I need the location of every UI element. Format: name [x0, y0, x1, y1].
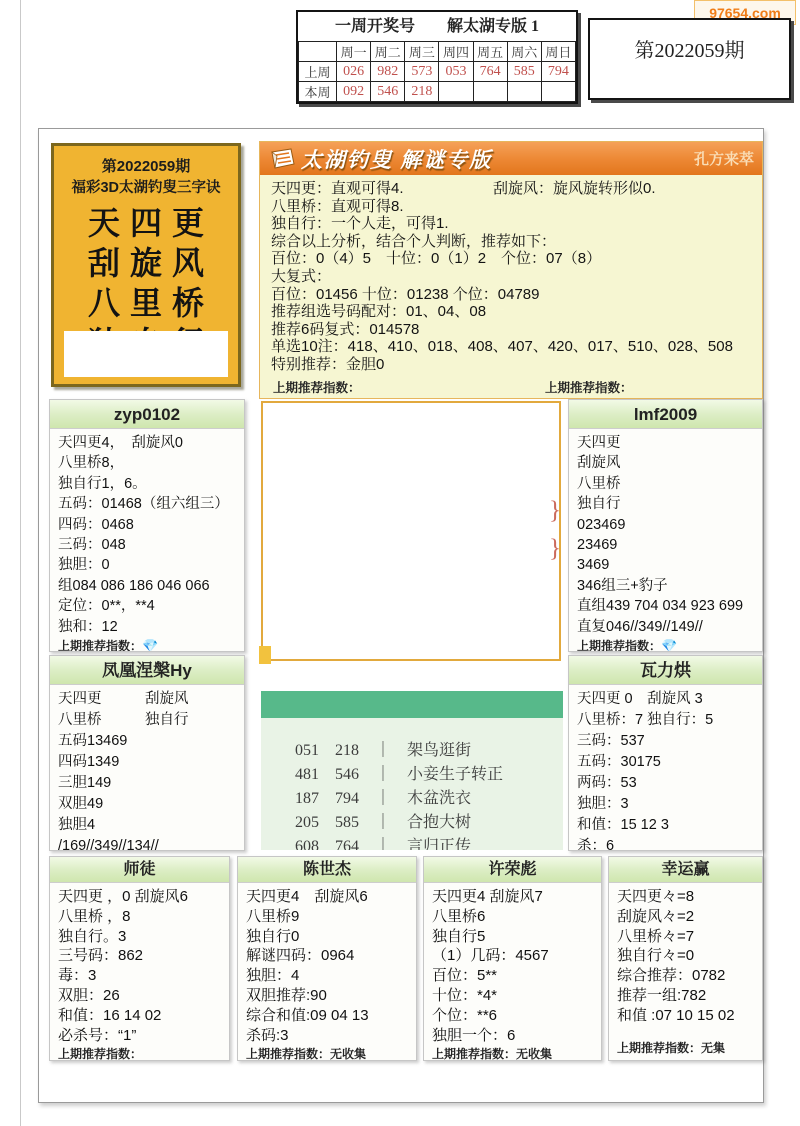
- issue-number-box: 第2022059期: [588, 18, 791, 100]
- main-panel-body: 天四更：直观可得4. 刮旋风：旋风旋转形似0. 八里桥：直观可得8.独自行：一个…: [260, 175, 762, 398]
- prediction-line: 四码：0468: [58, 515, 236, 535]
- draw-number-cell: 026: [337, 62, 371, 82]
- prediction-line: 独自行: [577, 494, 754, 514]
- analysis-first-row: 天四更：直观可得4. 刮旋风：旋风旋转形似0.: [271, 180, 751, 198]
- footer-index-label: 上期推荐指数：: [58, 1047, 142, 1061]
- panel-body: 天四更 刮旋风八里桥 独自行五码13469四码1349三胆149双胆49独胆4/…: [50, 685, 244, 851]
- riddle-history-line: 481 546 ｜ 小妾生子转正: [295, 763, 563, 787]
- analysis-line: 独自行：一个人走，可得1.: [271, 215, 751, 233]
- predictor-panel-wali: 瓦力烘 天四更 0 刮旋风 3八里桥：7 独自行：5三码：537五码：30175…: [568, 655, 763, 851]
- last-week-row: 上周026982573053764585794: [299, 62, 576, 82]
- panel-title: 幸运赢: [609, 857, 762, 883]
- main-panel-header: 太湖钓叟 解谜专版 孔方来萃: [260, 142, 762, 175]
- prediction-line: 八里桥：7 独自行：5: [577, 710, 754, 731]
- footer-index-label: 上期推荐指数：无集: [617, 1041, 725, 1055]
- gold-box-issue: 第2022059期: [54, 155, 238, 176]
- diamond-icon: 💎: [142, 638, 158, 652]
- panel-footer: 上期推荐指数：💎: [569, 637, 762, 652]
- riddle-gold-box: 第2022059期 福彩3D太湖钓叟三字诀 天四更刮旋风八里桥独自行: [51, 143, 241, 387]
- weekday-header-cell: 周五: [473, 42, 507, 62]
- prediction-line: 三胆149: [58, 773, 236, 794]
- prediction-line: 百位：5**: [432, 966, 593, 986]
- analysis-line: 综合以上分析，结合个人判断，推荐如下：: [271, 233, 751, 251]
- panel-footer: 上期推荐指数：💎: [50, 637, 244, 652]
- analysis-line: 八里桥：直观可得8.: [271, 198, 751, 216]
- footer-index-label: 上期推荐指数：: [58, 639, 142, 652]
- panel-title: zyp0102: [50, 400, 244, 429]
- prediction-line: 四码1349: [58, 752, 236, 773]
- analysis-lines: 八里桥：直观可得8.独自行：一个人走，可得1.综合以上分析，结合个人判断，推荐如…: [271, 198, 751, 374]
- riddle-history-line: 205 585 ｜ 合抱大树: [295, 811, 563, 835]
- panel-title: 师徒: [50, 857, 229, 883]
- prediction-line: 天四更 0 刮旋风 3: [577, 689, 754, 710]
- panel-body: 天四更4， 刮旋风0八里桥8，独自行1，6。五码：01468（组六组三）四码：0…: [50, 429, 244, 637]
- draw-number-cell: 794: [541, 62, 575, 82]
- predictor-panel-zyp0102: zyp0102 天四更4， 刮旋风0八里桥8，独自行1，6。五码：01468（组…: [49, 399, 245, 652]
- main-analysis-panel: 太湖钓叟 解谜专版 孔方来萃 天四更：直观可得4. 刮旋风：旋风旋转形似0. 八…: [259, 141, 763, 399]
- riddle-history-line: 608 764 ｜ 言归正传: [295, 835, 563, 850]
- analysis-line: 推荐6码复式：014578: [271, 321, 751, 339]
- prediction-line: 解谜四码：0964: [246, 946, 408, 966]
- prediction-line: 023469: [577, 515, 754, 535]
- prediction-line: 直复046//349//149//: [577, 617, 754, 637]
- prediction-line: 定位：0**，**4: [58, 596, 236, 616]
- footer-index-label: 上期推荐指数：无收集: [246, 1047, 366, 1061]
- prediction-line: 独自行5: [432, 927, 593, 947]
- prediction-line: 刮旋风々=2: [617, 907, 754, 927]
- prediction-line: 天四更: [577, 433, 754, 453]
- prediction-line: 独胆：3: [577, 794, 754, 815]
- riddle-history-list: 051 218 ｜ 架鸟逛街481 546 ｜ 小妾生子转正187 794 ｜ …: [261, 718, 563, 850]
- main-panel-footer: 上期推荐指数： 上期推荐指数：: [271, 378, 751, 396]
- footer-index-label: 上期推荐指数：: [273, 378, 361, 396]
- prediction-line: 杀码:3: [246, 1026, 408, 1046]
- prediction-line: 3469: [577, 555, 754, 575]
- predictor-panel-xingyunying: 幸运赢 天四更々=8刮旋风々=2八里桥々=7独自行々=0综合推荐：0782推荐一…: [608, 856, 763, 1061]
- content-frame: 第2022059期 福彩3D太湖钓叟三字诀 天四更刮旋风八里桥独自行 太湖钓叟 …: [38, 128, 764, 1103]
- draw-number-cell: [439, 82, 473, 102]
- weekday-header-cell: 周日: [541, 42, 575, 62]
- prediction-line: （1）几码：4567: [432, 946, 593, 966]
- prediction-line: 八里桥々=7: [617, 927, 754, 947]
- predictor-panel-lmf2009: lmf2009 天四更刮旋风八里桥独自行023469234693469346组三…: [568, 399, 763, 652]
- footer-index-label: 上期推荐指数：: [545, 378, 633, 396]
- draw-number-cell: [507, 82, 541, 102]
- draw-number-cell: 573: [405, 62, 439, 82]
- analysis-line: 特别推荐：金胆0: [271, 356, 751, 374]
- prediction-line: 推荐一组:782: [617, 986, 754, 1006]
- prediction-line: 天四更4， 刮旋风0: [58, 433, 236, 453]
- green-divider-bar: [261, 691, 563, 718]
- weekday-header-cell: 周二: [371, 42, 405, 62]
- prediction-line: 个位：**6: [432, 1006, 593, 1026]
- prediction-line: 独自行1，6。: [58, 474, 236, 494]
- riddle-verse-line: 天四更: [54, 203, 238, 243]
- prediction-line: 天四更 刮旋风: [58, 689, 236, 710]
- page: 97654.com 一周开奖号 解太湖专版 1 周一周二周三周四周五周六周日 上…: [0, 0, 800, 1126]
- prediction-line: 十位：*4*: [432, 986, 593, 1006]
- prediction-line: 八里桥8，: [58, 453, 236, 473]
- weekly-draw-table: 一周开奖号 解太湖专版 1 周一周二周三周四周五周六周日 上周026982573…: [296, 10, 578, 104]
- riddle-history-line: 187 794 ｜ 木盆洗衣: [295, 787, 563, 811]
- panel-footer: 上期推荐指数：无收集: [424, 1045, 601, 1061]
- gold-box-subtitle: 福彩3D太湖钓叟三字诀: [54, 176, 238, 197]
- prediction-line: 毒：3: [58, 966, 221, 986]
- prediction-line: 八里桥9: [246, 907, 408, 927]
- prediction-line: 天四更4 刮旋风6: [246, 887, 408, 907]
- draw-number-cell: 092: [337, 82, 371, 102]
- prediction-line: 独胆：4: [246, 966, 408, 986]
- panel-title: lmf2009: [569, 400, 762, 429]
- analysis-line: 大复式：: [271, 268, 751, 286]
- prediction-line: 两码：53: [577, 773, 754, 794]
- panel-body: 天四更4 刮旋风6八里桥9独自行0解谜四码：0964独胆：4双胆推荐:90综合和…: [238, 883, 416, 1045]
- prediction-line: 双胆49: [58, 794, 236, 815]
- prediction-line: 独胆4: [58, 815, 236, 836]
- draw-number-cell: 218: [405, 82, 439, 102]
- panel-footer: 上期推荐指数：无集: [609, 1039, 762, 1060]
- panel-body: 天四更 ，0 刮旋风6八里桥 ，8独自行。3三号码：862毒：3双胆：26和值：…: [50, 883, 229, 1045]
- prediction-line: 三码：537: [577, 731, 754, 752]
- weekday-header-cell: 周一: [337, 42, 371, 62]
- draw-number-cell: 053: [439, 62, 473, 82]
- prediction-line: 直组439 704 034 923 699: [577, 596, 754, 616]
- weekly-draw-grid: 周一周二周三周四周五周六周日 上周026982573053764585794 本…: [298, 41, 576, 102]
- this-week-row: 本周092546218: [299, 82, 576, 102]
- prediction-line: 杀：6: [577, 836, 754, 851]
- diamond-icon: 💎: [661, 638, 677, 652]
- prediction-line: 综合和值:09 04 13: [246, 1006, 408, 1026]
- draw-number-cell: 764: [473, 62, 507, 82]
- prediction-line: 五码：01468（组六组三）: [58, 494, 236, 514]
- analysis-line: 百位：0（4）5 十位：0（1）2 个位：07（8）: [271, 250, 751, 268]
- analysis-line: 刮旋风：旋风旋转形似0.: [493, 180, 656, 198]
- prediction-line: 八里桥: [577, 474, 754, 494]
- analysis-line: 单选10注：418、410、018、408、407、420、017、510、02…: [271, 338, 751, 356]
- main-panel-title: 太湖钓叟 解谜专版: [301, 144, 492, 174]
- panel-footer: 上期推荐指数：无收集: [238, 1045, 416, 1061]
- prediction-line: 八里桥 ，8: [58, 907, 221, 927]
- prediction-line: 五码：30175: [577, 752, 754, 773]
- predictor-panel-chenshijie: 陈世杰 天四更4 刮旋风6八里桥9独自行0解谜四码：0964独胆：4双胆推荐:9…: [237, 856, 417, 1061]
- panel-body: 天四更4 刮旋风7八里桥6独自行5（1）几码：4567百位：5**十位：*4*个…: [424, 883, 601, 1045]
- panel-title: 陈世杰: [238, 857, 416, 883]
- prediction-line: 独和：12: [58, 617, 236, 637]
- main-panel-corner-label: 孔方来萃: [694, 148, 754, 169]
- prediction-line: 双胆推荐:90: [246, 986, 408, 1006]
- empty-content-box: [261, 401, 561, 661]
- red-brace-mark: }: [547, 497, 563, 525]
- notepad-icon: [268, 147, 295, 171]
- draw-number-cell: 585: [507, 62, 541, 82]
- prediction-line: 综合推荐：0782: [617, 966, 754, 986]
- analysis-line: 推荐组选号码配对：01、04、08: [271, 303, 751, 321]
- predictor-panel-fenghuang: 凤凰涅槃Hy 天四更 刮旋风八里桥 独自行五码13469四码1349三胆149双…: [49, 655, 245, 851]
- draw-number-cell: [541, 82, 575, 102]
- prediction-line: 八里桥 独自行: [58, 710, 236, 731]
- prediction-line: 八里桥6: [432, 907, 593, 927]
- prediction-line: 双胆：26: [58, 986, 221, 1006]
- panel-title: 许荣彪: [424, 857, 601, 883]
- panel-body: 天四更 0 刮旋风 3八里桥：7 独自行：5三码：537五码：30175两码：5…: [569, 685, 762, 851]
- prediction-line: 独胆一个：6: [432, 1026, 593, 1046]
- gold-box-blank-area: [64, 331, 228, 377]
- draw-number-cell: 982: [371, 62, 405, 82]
- weekday-header-cell: [299, 42, 337, 62]
- panel-footer: 上期推荐指数：: [50, 1045, 229, 1061]
- issue-number: 第2022059期: [590, 34, 789, 63]
- prediction-line: 天四更 ，0 刮旋风6: [58, 887, 221, 907]
- prediction-line: 和值：16 14 02: [58, 1006, 221, 1026]
- prediction-line: 刮旋风: [577, 453, 754, 473]
- prediction-line: 和值：15 12 3: [577, 815, 754, 836]
- prediction-line: 组084 086 186 046 066: [58, 576, 236, 596]
- draw-number-cell: 上周: [299, 62, 337, 82]
- prediction-line: 23469: [577, 535, 754, 555]
- page-margin-rule: [20, 0, 21, 1126]
- riddle-verse-line: 八里桥: [54, 283, 238, 323]
- weekday-header-row: 周一周二周三周四周五周六周日: [299, 42, 576, 62]
- weekday-header-cell: 周六: [507, 42, 541, 62]
- riddle-history-line: 051 218 ｜ 架鸟逛街: [295, 739, 563, 763]
- panel-body: 天四更刮旋风八里桥独自行023469234693469346组三+豹子直组439…: [569, 429, 762, 637]
- panel-body: 天四更々=8刮旋风々=2八里桥々=7独自行々=0综合推荐：0782推荐一组:78…: [609, 883, 762, 1026]
- prediction-line: 天四更4 刮旋风7: [432, 887, 593, 907]
- prediction-line: /169//349//134//: [58, 836, 236, 851]
- predictor-panel-xurongbiao: 许荣彪 天四更4 刮旋风7八里桥6独自行5（1）几码：4567百位：5**十位：…: [423, 856, 602, 1061]
- predictor-panel-shitu: 师徒 天四更 ，0 刮旋风6八里桥 ，8独自行。3三号码：862毒：3双胆：26…: [49, 856, 230, 1061]
- panel-title: 凤凰涅槃Hy: [50, 656, 244, 685]
- prediction-line: 三码：048: [58, 535, 236, 555]
- prediction-line: 必杀号：“1”: [58, 1026, 221, 1046]
- footer-index-label: 上期推荐指数：: [577, 639, 661, 652]
- draw-number-cell: 本周: [299, 82, 337, 102]
- prediction-line: 五码13469: [58, 731, 236, 752]
- draw-number-cell: 546: [371, 82, 405, 102]
- draw-number-cell: [473, 82, 507, 102]
- footer-index-label: 上期推荐指数：无收集: [432, 1047, 552, 1061]
- prediction-line: 独胆：0: [58, 555, 236, 575]
- weekly-table-title: 一周开奖号 解太湖专版 1: [298, 12, 576, 41]
- prediction-line: 和值 :07 10 15 02: [617, 1006, 754, 1026]
- riddle-verse-line: 刮旋风: [54, 243, 238, 283]
- prediction-line: 三号码：862: [58, 946, 221, 966]
- panel-title: 瓦力烘: [569, 656, 762, 685]
- prediction-line: 独自行。3: [58, 927, 221, 947]
- prediction-line: 346组三+豹子: [577, 576, 754, 596]
- analysis-line: 百位：01456 十位：01238 个位：04789: [271, 286, 751, 304]
- prediction-line: 独自行0: [246, 927, 408, 947]
- weekday-header-cell: 周三: [405, 42, 439, 62]
- red-brace-mark: }: [547, 535, 563, 563]
- weekday-header-cell: 周四: [439, 42, 473, 62]
- analysis-line: 天四更：直观可得4.: [271, 180, 404, 197]
- prediction-line: 天四更々=8: [617, 887, 754, 907]
- prediction-line: 独自行々=0: [617, 946, 754, 966]
